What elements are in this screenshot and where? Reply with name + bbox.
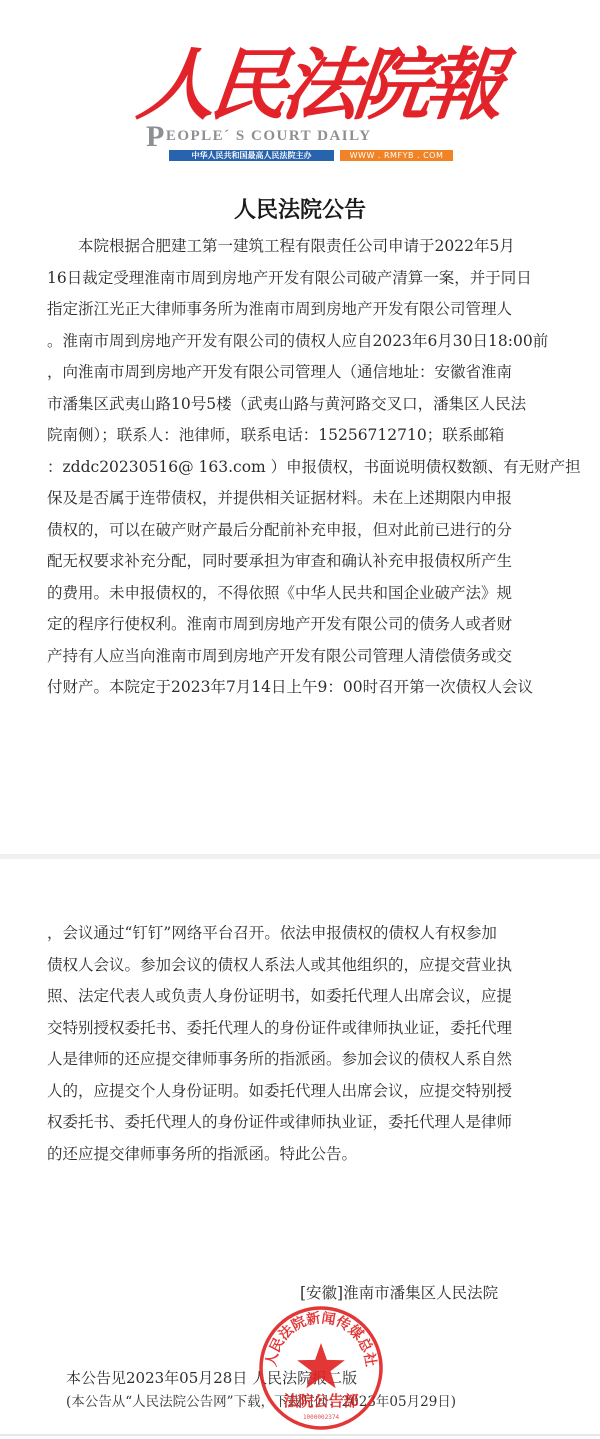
text-line: 交特别授权委托书、委托代理人的身份证件或律师执业证，委托代理 xyxy=(47,1013,557,1045)
masthead-logo: 人民法院報 PEOPLE´ S COURT DAILY xyxy=(130,30,470,170)
text-line: ，会议通过“钉钉”网络平台召开。依法申报债权的债权人有权参加 xyxy=(47,918,557,950)
text-line: 指定浙江光正大律师事务所为淮南市周到房地产开发有限公司管理人 xyxy=(47,294,557,326)
text-line: 债权的，可以在破产财产最后分配前补充申报，但对此前已进行的分 xyxy=(47,515,557,547)
text-line: 院南侧）；联系人：池律师，联系电话：15256712710；联系邮箱 xyxy=(47,420,557,452)
masthead-title-en-rest: EOPLE´ S COURT DAILY xyxy=(166,128,372,144)
masthead-sponsor-bar: 中华人民共和国最高人民法院主办 xyxy=(169,150,334,161)
masthead-title-cn: 人民法院報 xyxy=(133,40,469,132)
seal-serial: 1000002374 xyxy=(303,1414,340,1421)
text-line: 。淮南市周到房地产开发有限公司的债权人应自2023年6月30日18:00前 xyxy=(47,326,557,358)
text-line: 照、法定代表人或负责人身份证明书，如委托代理人出席会议，应提 xyxy=(47,981,557,1013)
text-line: 产持有人应当向淮南市周到房地产开发有限公司管理人清偿债务或交 xyxy=(47,641,557,673)
masthead-title-en-initial: P xyxy=(146,120,166,153)
text-line: 的费用。未申报债权的，不得依照《中华人民共和国企业破产法》规 xyxy=(47,578,557,610)
bottom-border xyxy=(0,1434,600,1436)
text-line: 的还应提交律师事务所的指派函。特此公告。 xyxy=(47,1139,557,1171)
text-line: 本院根据合肥建工第一建筑工程有限责任公司申请于2022年5月 xyxy=(47,231,557,263)
text-line: ，向淮南市周到房地产开发有限公司管理人（通信地址：安徽省淮南 xyxy=(47,357,557,389)
seal-bottom-text: 法院公告部 xyxy=(283,1392,358,1410)
notice-title: 人民法院公告 xyxy=(0,193,600,224)
masthead-website-bar: WWW . RMFYB . COM xyxy=(340,150,453,161)
notice-body-part2: ，会议通过“钉钉”网络平台召开。依法申报债权的债权人有权参加 债权人会议。参加会… xyxy=(47,918,557,1170)
text-line: 人是律师的还应提交律师事务所的指派函。参加会议的债权人系自然 xyxy=(47,1044,557,1076)
text-line: 16日裁定受理淮南市周到房地产开发有限公司破产清算一案，并于同日 xyxy=(47,263,557,295)
text-line: 债权人会议。参加会议的债权人系法人或其他组织的，应提交营业执 xyxy=(47,950,557,982)
text-line: ：zddc20230516@ 163.com ）申报债权，书面说明债权数额、有无… xyxy=(47,452,557,484)
text-line: 市潘集区武夷山路10号5楼（武夷山路与黄河路交叉口，潘集区人民法 xyxy=(47,389,557,421)
text-line: 付财产。本院定于2023年7月14日上午9：00时召开第一次债权人会议 xyxy=(47,672,557,704)
text-line: 定的程序行使权利。淮南市周到房地产开发有限公司的债务人或者财 xyxy=(47,609,557,641)
masthead-title-en: PEOPLE´ S COURT DAILY xyxy=(146,127,372,147)
notice-body-part1: 本院根据合肥建工第一建筑工程有限责任公司申请于2022年5月 16日裁定受理淮南… xyxy=(47,231,557,704)
text-line: 保及是否属于连带债权，并提供相关证据材料。未在上述期限内申报 xyxy=(47,483,557,515)
text-line: 人的，应提交个人身份证明。如委托代理人出席会议，应提交特别授 xyxy=(47,1076,557,1108)
page-break-divider xyxy=(0,854,600,859)
text-line: 配无权要求补充分配，同时要承担为审查和确认补充申报债权所产生 xyxy=(47,546,557,578)
text-line: 权委托书、委托代理人的身份证件或律师执业证，委托代理人是律师 xyxy=(47,1107,557,1139)
court-signature: [安徽]淮南市潘集区人民法院 xyxy=(300,1281,498,1303)
official-seal-icon: 人民法院新闻传媒总社 法院公告部 1000002374 xyxy=(256,1303,386,1433)
